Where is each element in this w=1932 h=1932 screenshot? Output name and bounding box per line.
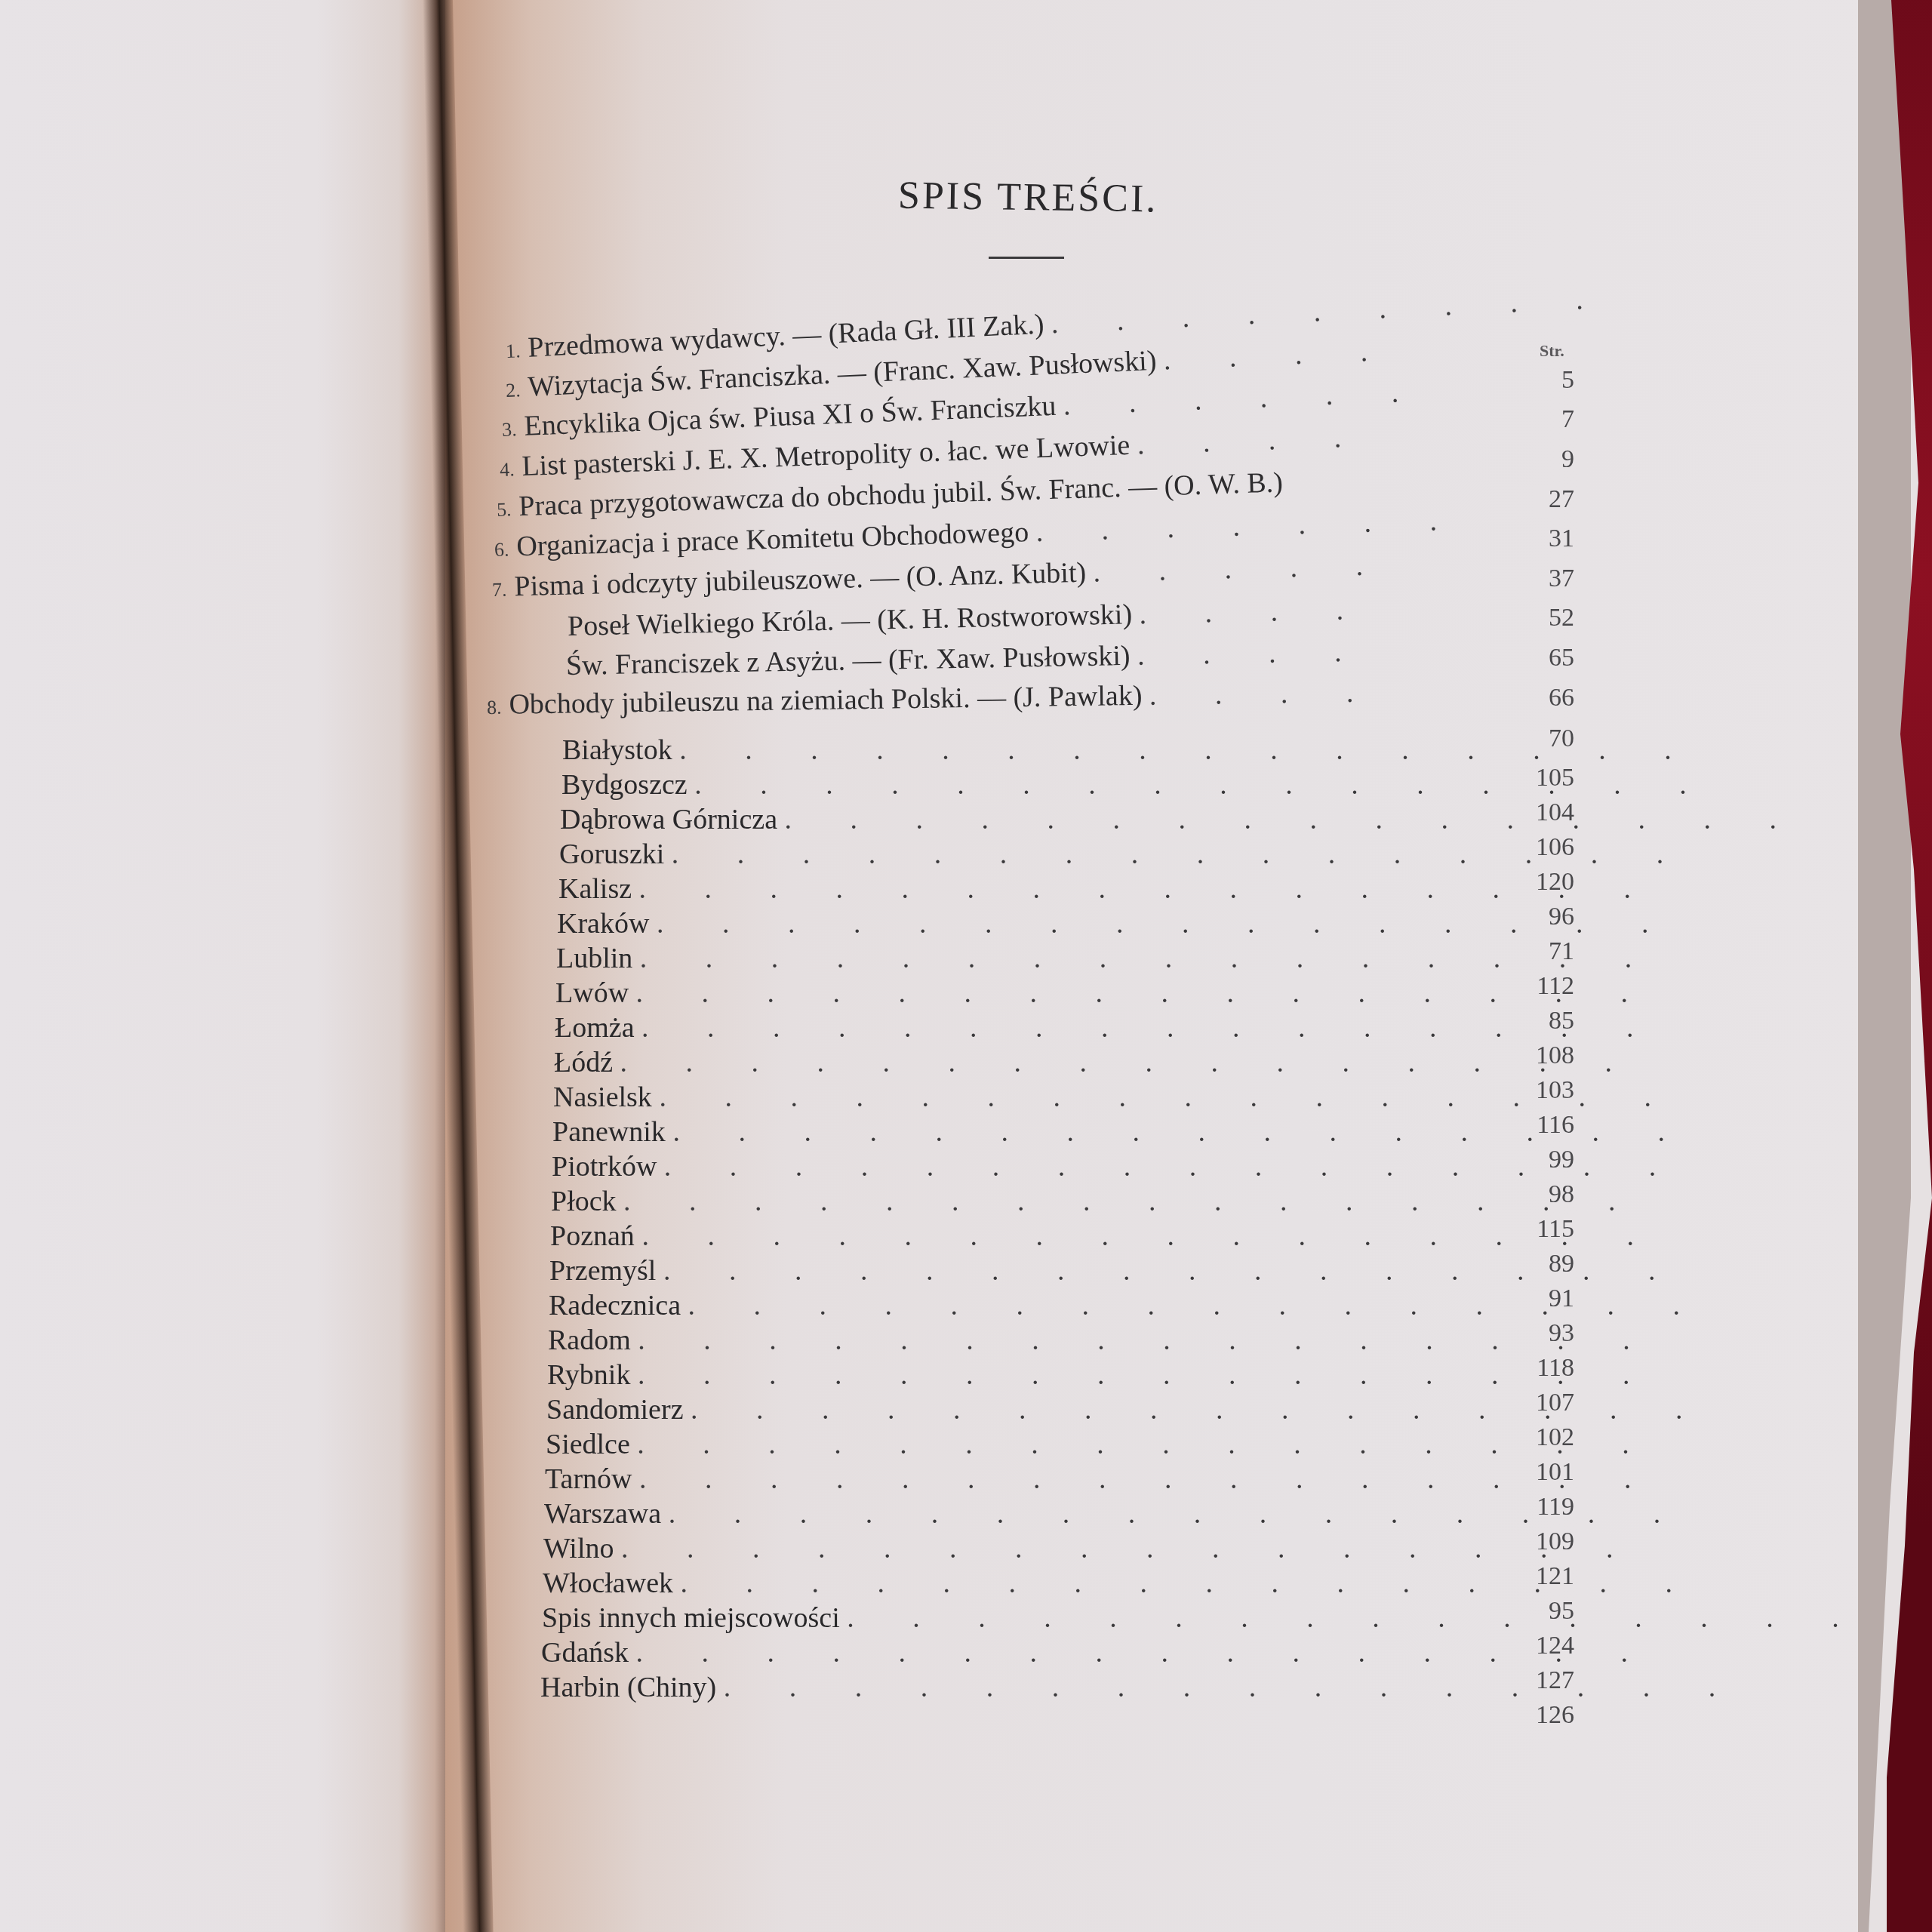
city-name: Bydgoszcz: [561, 769, 688, 801]
page-column-label: Str.: [1540, 341, 1564, 361]
city-name: Siedlce: [546, 1429, 630, 1460]
city-name: Lublin: [556, 943, 632, 974]
entry-title: Organizacja i prace Komitetu Obchodowego: [516, 516, 1029, 562]
city-entry: Radom . . . . . . . . . . . . . . . .: [548, 1324, 1656, 1357]
toc-entry: 8.Obchody jubileuszu na ziemiach Polski.…: [487, 675, 1380, 721]
city-name: Poznań: [550, 1220, 635, 1252]
page-number: 89: [1506, 1250, 1574, 1278]
entry-number: 8.: [487, 697, 502, 718]
page-number: 91: [1506, 1284, 1574, 1313]
toc-subentry: Poseł Wielkiego Króla. — (K. H. Rostworo…: [568, 593, 1370, 643]
page-number: 98: [1506, 1180, 1574, 1209]
page-number: 119: [1506, 1493, 1574, 1521]
page-number: 106: [1506, 833, 1574, 862]
page-number: 124: [1506, 1632, 1574, 1660]
page-number: 31: [1506, 525, 1574, 553]
city-name: Lwów: [555, 977, 629, 1009]
city-name: Warszawa: [544, 1498, 661, 1530]
leader-dots: . . . .: [1149, 676, 1380, 711]
entry-title: Poseł Wielkiego Króla. — (K. H. Rostworo…: [568, 598, 1133, 642]
entry-title: Obchody jubileuszu na ziemiach Polski. —…: [509, 680, 1143, 721]
entry-title: Pisma i odczyty jubileuszowe. — (O. Anz.…: [514, 557, 1087, 603]
page-number: 116: [1506, 1111, 1574, 1140]
leader-dots: . . . . . . . . . . . . . . . .: [636, 977, 1654, 1009]
city-name: Radecznica: [549, 1290, 681, 1321]
entry-number: 1.: [506, 340, 521, 362]
city-name: Łódź: [554, 1047, 613, 1078]
leader-dots: . . . . . . . . . . . . . . . .: [724, 1672, 1742, 1703]
page-number: 105: [1506, 764, 1574, 792]
city-name: Przemyśl: [549, 1255, 656, 1287]
city-name: Nasielsk: [553, 1081, 652, 1113]
leader-dots: . . . . . . . . . . . . . . . .: [623, 1186, 1641, 1217]
leader-dots: . . . . . . . . . . . . . . . .: [639, 1463, 1657, 1495]
city-name: Łomża: [555, 1012, 635, 1044]
leader-dots: . . . . . . . . . . . . . . . .: [847, 1602, 1865, 1634]
leader-dots: . . . . . . . . . . . . . . . .: [640, 943, 1658, 974]
city-entry: Lwów . . . . . . . . . . . . . . . .: [555, 977, 1654, 1010]
city-name: Piotrków: [552, 1151, 657, 1183]
page-number: 93: [1506, 1319, 1574, 1348]
page-number: 7: [1506, 405, 1574, 434]
page-number: 121: [1506, 1562, 1574, 1591]
city-entry: Gdańsk . . . . . . . . . . . . . . . .: [541, 1636, 1654, 1669]
city-name: Goruszki: [559, 838, 664, 870]
page-number: 126: [1506, 1701, 1574, 1730]
page-number: 9: [1506, 445, 1574, 474]
city-entry: Siedlce . . . . . . . . . . . . . . . .: [546, 1428, 1655, 1461]
leader-dots: . . . . . .: [1063, 376, 1425, 421]
entry-number: 5.: [497, 498, 512, 521]
city-entry: Wilno . . . . . . . . . . . . . . . .: [543, 1532, 1638, 1565]
city-entry: Łomża . . . . . . . . . . . . . . . .: [555, 1011, 1660, 1044]
page-number: 66: [1506, 684, 1574, 712]
city-entry: Tarnów . . . . . . . . . . . . . . . .: [545, 1463, 1657, 1496]
page-number: 52: [1506, 604, 1574, 632]
page-number: 65: [1506, 644, 1574, 672]
city-name: Tarnów: [545, 1463, 632, 1495]
leader-dots: . . . .: [1137, 635, 1367, 671]
entry-number: 3.: [502, 418, 518, 441]
leader-dots: . . . . . . . . .: [1051, 283, 1610, 340]
leader-dots: . . . . .: [1093, 549, 1389, 589]
city-name: Gdańsk: [541, 1637, 629, 1669]
page-number: 109: [1506, 1527, 1574, 1556]
page-number: 115: [1506, 1215, 1574, 1244]
page-number: 104: [1506, 798, 1574, 827]
city-name: Rybnik: [547, 1359, 630, 1391]
entry-title: Św. Franciszek z Asyżu. — (Fr. Xaw. Pusł…: [566, 640, 1131, 681]
city-name: Spis innych miejscowości: [542, 1602, 840, 1634]
leader-dots: . . . . . . . . . . . . . . . .: [620, 1047, 1638, 1078]
entry-number: 4.: [500, 458, 515, 481]
page-number: 99: [1506, 1146, 1574, 1174]
page-number: 102: [1506, 1423, 1574, 1452]
city-entry: Lublin . . . . . . . . . . . . . . . .: [556, 942, 1657, 975]
city-name: Radom: [548, 1324, 631, 1356]
city-name: Białystok: [562, 734, 672, 766]
city-name: Kalisz: [558, 873, 632, 905]
toc-subentry: Św. Franciszek z Asyżu. — (Fr. Xaw. Pusł…: [566, 635, 1367, 682]
city-name: Wilno: [543, 1533, 614, 1564]
city-name: Sandomierz: [546, 1394, 684, 1426]
leader-dots: . . . . . . . . . . . . . . . .: [638, 1324, 1656, 1356]
page-number: 118: [1506, 1354, 1574, 1383]
page-number: 103: [1506, 1076, 1574, 1105]
city-entry: Kalisz . . . . . . . . . . . . . . . .: [558, 872, 1657, 906]
city-entry: Dąbrowa Górnicza . . . . . . . . . . . .…: [560, 803, 1802, 836]
city-entry: Poznań . . . . . . . . . . . . . . . .: [550, 1220, 1660, 1253]
page-number: 71: [1506, 937, 1574, 966]
page-number: 37: [1506, 565, 1574, 593]
page-title: SPIS TREŚCI.: [898, 174, 1158, 222]
page-number: 127: [1506, 1666, 1574, 1695]
city-entry: Rybnik . . . . . . . . . . . . . . . .: [547, 1358, 1655, 1392]
entry-number: 7.: [492, 579, 507, 601]
page-number: 101: [1506, 1458, 1574, 1487]
leader-dots: . . . . . . . . . . . . . . . .: [636, 1637, 1654, 1669]
city-name: Włocławek: [543, 1567, 673, 1599]
leader-dots: . . . .: [1137, 421, 1367, 461]
leader-dots: . . . . . . . . . . . . . . . .: [785, 804, 1803, 835]
city-name: Panewnik: [552, 1116, 666, 1148]
leader-dots: . . . .: [1163, 335, 1394, 377]
title-rule-divider: [989, 257, 1064, 259]
city-entry: Spis innych miejscowości . . . . . . . .…: [542, 1601, 1865, 1635]
city-name: Płock: [551, 1186, 617, 1217]
entry-number: 2.: [506, 379, 521, 401]
page-number: 96: [1506, 903, 1574, 931]
leader-dots: . . . . . . . . . . . . . . . .: [638, 1359, 1656, 1391]
page-number: 5: [1506, 366, 1574, 395]
city-entry: Łódź . . . . . . . . . . . . . . . .: [554, 1046, 1638, 1079]
city-name: Dąbrowa Górnicza: [560, 804, 777, 835]
city-name: Harbin (Chiny): [540, 1672, 716, 1703]
city-entry: Płock . . . . . . . . . . . . . . . .: [551, 1185, 1641, 1218]
page-number: 70: [1506, 724, 1574, 753]
table-of-contents: SPIS TREŚCI. Str. 1.Przedmowa wydawcy. —…: [483, 0, 1585, 1932]
page-number: 108: [1506, 1041, 1574, 1070]
leader-dots: . . . .: [1139, 594, 1369, 630]
page-number: 120: [1506, 868, 1574, 897]
page-number: 85: [1506, 1007, 1574, 1035]
leader-dots: . . . . . . . . . . . . . . . .: [639, 873, 1657, 905]
leader-dots: . . . . . . .: [1035, 504, 1463, 548]
page-number: 27: [1506, 485, 1574, 514]
page-number: 95: [1506, 1597, 1574, 1626]
entry-number: 6.: [494, 538, 509, 561]
leader-dots: . . . . . . . . . . . . . . . .: [621, 1533, 1639, 1564]
leader-dots: . . . . . . . . . . . . . . . .: [637, 1429, 1655, 1460]
city-name: Kraków: [557, 908, 649, 940]
page-number: 107: [1506, 1389, 1574, 1417]
left-page: [0, 0, 453, 1932]
page-number: 112: [1506, 972, 1574, 1001]
